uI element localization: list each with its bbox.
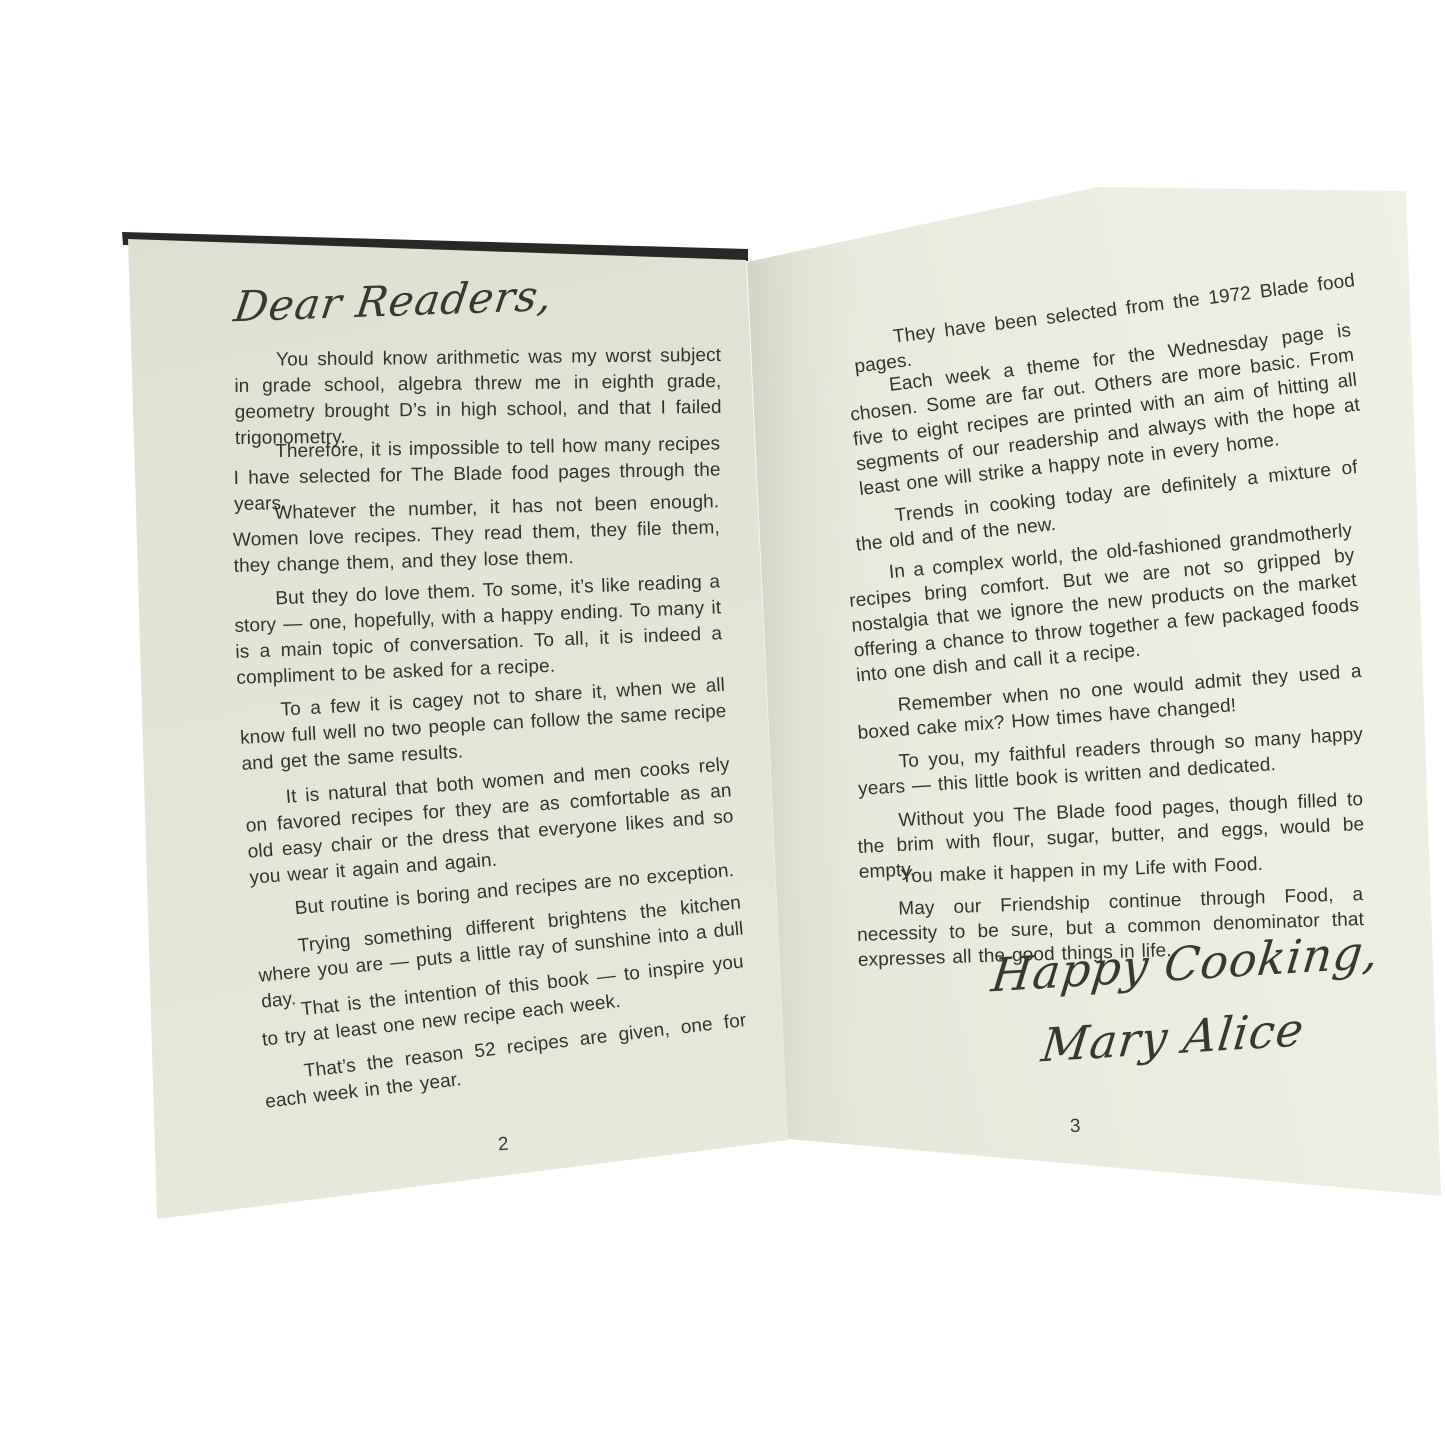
page-number-right: 3 (1070, 1116, 1081, 1138)
paragraph: But they do love them. To some, it’s lik… (233, 569, 724, 692)
book-photo: Dear Readers, You should know arithmetic… (0, 0, 1445, 1445)
paragraph: Whatever the number, it has not been eno… (232, 489, 721, 580)
page-number-left: 2 (497, 1134, 509, 1157)
